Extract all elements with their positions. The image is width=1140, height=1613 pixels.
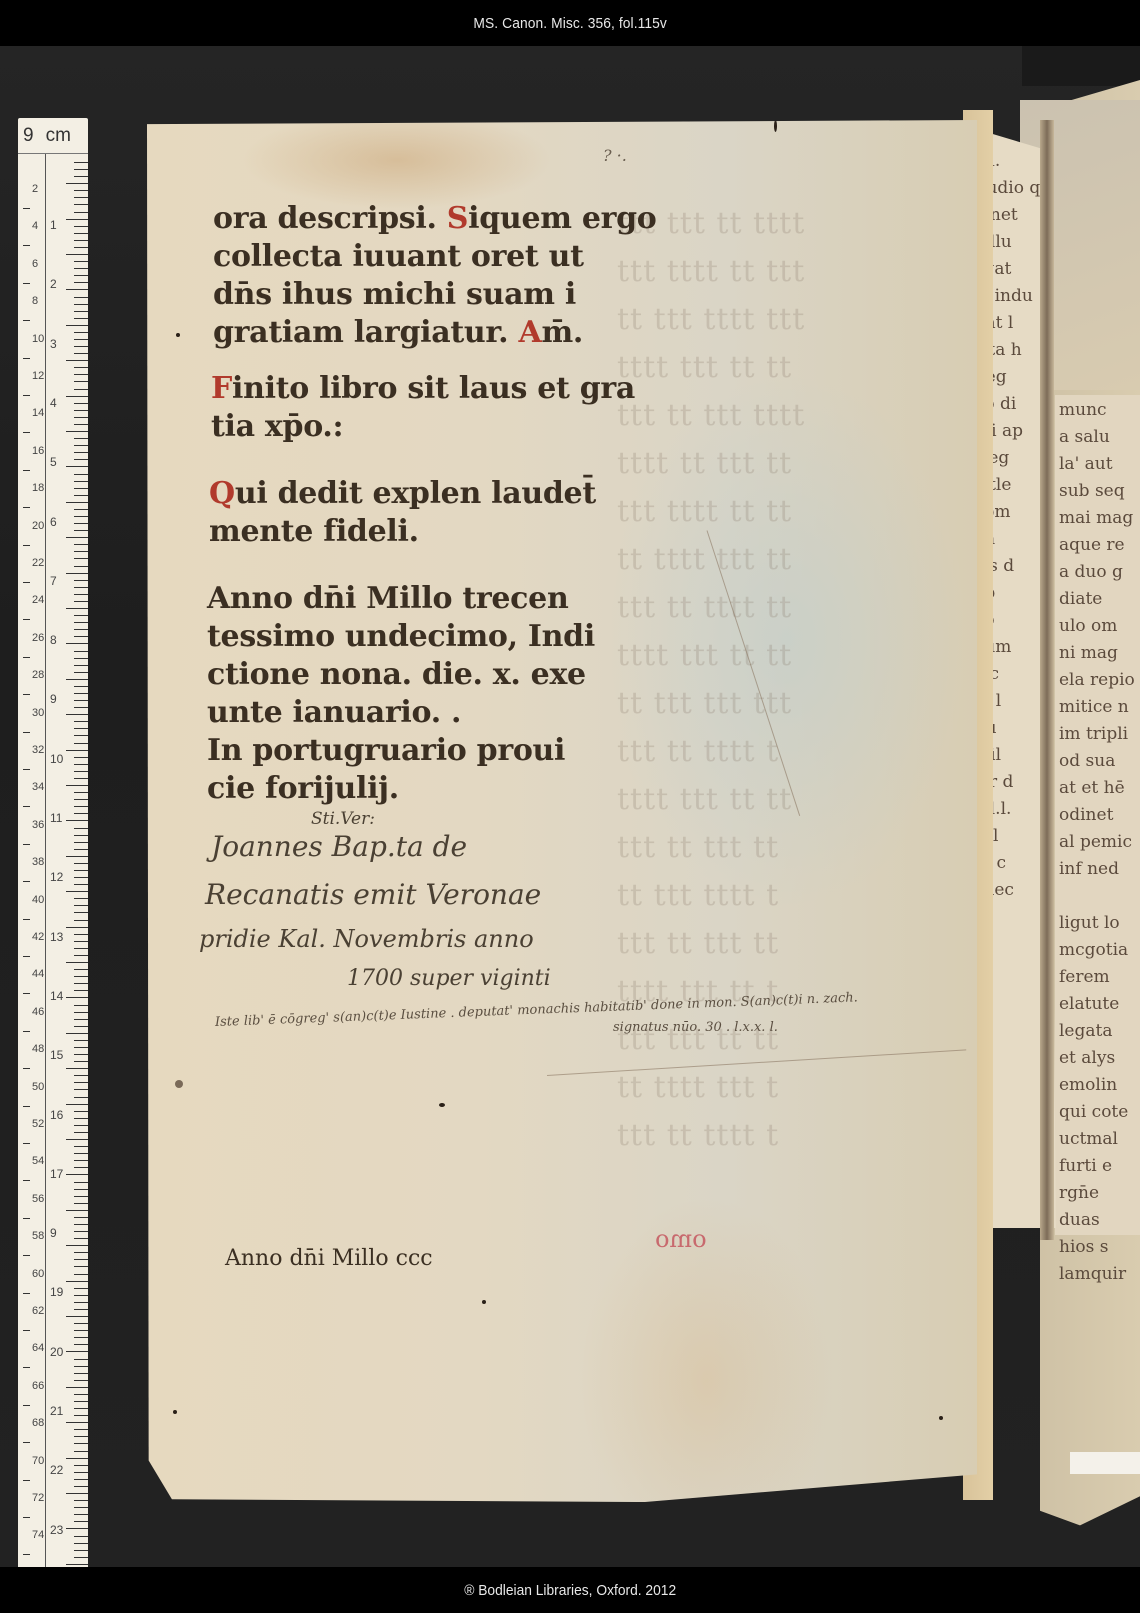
ruler-tick <box>74 594 88 595</box>
ruler-tick <box>74 1167 88 1168</box>
ruler-tick <box>74 1182 88 1183</box>
ruler-scale-label: 12 <box>32 370 44 382</box>
ruler-scale-label: 40 <box>32 894 44 906</box>
ruler-tick <box>66 1351 88 1352</box>
ruler-tick <box>74 1054 88 1055</box>
ruler-unit-label: cm <box>46 125 71 147</box>
ruler-tick <box>66 1316 88 1317</box>
ruler-tick <box>74 1274 88 1275</box>
ruler-cm-label: 5 <box>50 455 57 469</box>
ruler-tick <box>74 1514 88 1515</box>
ruler-scale-label: 34 <box>32 781 44 793</box>
ruler-tick <box>66 1528 88 1529</box>
ruler-scale-label: 14 <box>32 407 44 419</box>
ruler-tick <box>23 432 30 433</box>
ruler-tick <box>74 297 88 298</box>
ruler-tick <box>74 1238 88 1239</box>
ruler-cm-label: 4 <box>50 396 57 410</box>
ruler-tick <box>74 693 88 694</box>
ruler-tick <box>74 459 88 460</box>
ruler-tick <box>66 219 88 220</box>
ruler-cm-label: 9 <box>50 692 57 706</box>
ruler-tick <box>74 1196 88 1197</box>
text-line: Finito libro sit laus et gra <box>211 370 635 408</box>
ruler-tick <box>74 1309 88 1310</box>
ruler-tick <box>74 1401 88 1402</box>
ruler-tick <box>66 1281 88 1282</box>
ruler-number: 9 <box>23 125 34 147</box>
ruler-cm-label: 12 <box>50 870 63 884</box>
ruler-tick <box>74 884 88 885</box>
ruler-tick <box>23 1330 30 1331</box>
ink-speck <box>774 120 777 132</box>
manuscript-folio: ttt ttt tt tttt ttt tttt tt ttt tt ttt t… <box>147 120 977 1502</box>
ruler-tick <box>74 813 88 814</box>
ruler-tick <box>74 1373 88 1374</box>
ruler-tick <box>23 395 30 396</box>
ruler-tick <box>74 523 88 524</box>
ruler-tick <box>74 806 88 807</box>
ruler-tick <box>23 1180 30 1181</box>
ruler-tick <box>66 714 88 715</box>
ruler-tick <box>74 544 88 545</box>
ruler-scale-label: 32 <box>32 744 44 756</box>
ruler-tick <box>23 582 30 583</box>
ruler-tick <box>74 651 88 652</box>
ruler-tick <box>23 1218 30 1219</box>
ruler-cm-label: 22 <box>50 1463 63 1477</box>
ruler-tick <box>66 396 88 397</box>
ruler-tick <box>74 863 88 864</box>
ruler-tick <box>74 1500 88 1501</box>
ruler-cm-label: 14 <box>50 989 63 1003</box>
ruler-tick <box>74 169 88 170</box>
ruler-tick <box>74 566 88 567</box>
finito-block: Finito libro sit laus et gra tia xp̄o.: <box>211 370 635 446</box>
ruler-tick <box>74 1203 88 1204</box>
ruler-scale-label: 20 <box>32 520 44 532</box>
ruler-scale-label: 36 <box>32 819 44 831</box>
text-line: tessimo undecimo, Indi <box>207 618 595 656</box>
ruler-tick <box>74 495 88 496</box>
ruler-tick <box>74 1132 88 1133</box>
ruler-scale-label: 52 <box>32 1118 44 1130</box>
copyright-text: ® Bodleian Libraries, Oxford. 2012 <box>464 1582 676 1599</box>
ruler-tick <box>23 844 30 845</box>
ruler-cm-label: 10 <box>50 752 63 766</box>
ruler-cm-label: 19 <box>50 1285 63 1299</box>
ruler-tick <box>23 283 30 284</box>
ruler-tick <box>74 424 88 425</box>
ruler-tick <box>74 835 88 836</box>
ruler-tick <box>74 1415 88 1416</box>
ruler-tick <box>74 197 88 198</box>
ruler-tick <box>74 764 88 765</box>
ownership-line: Joannes Bap.ta de <box>211 828 467 866</box>
text-line: tia xp̄o.: <box>211 408 635 446</box>
ruler-scale-label: 58 <box>32 1230 44 1242</box>
ruler-tick <box>74 1429 88 1430</box>
ruler-tick <box>74 332 88 333</box>
white-flyleaf-edge <box>1070 1452 1140 1474</box>
ruler-tick <box>23 1480 30 1481</box>
ruler-tick <box>66 750 88 751</box>
ruler-tick <box>74 551 88 552</box>
ruler-tick <box>74 877 88 878</box>
ruler-tick <box>74 417 88 418</box>
ownership-line: pridie Kal. Novembris anno <box>199 920 534 958</box>
ownership-line: 1700 super viginti <box>347 960 551 998</box>
manuscript-title: MS. Canon. Misc. 356, fol.115v <box>473 15 667 32</box>
ruler-tick <box>74 1224 88 1225</box>
ruler-scale-label: 6 <box>32 258 38 270</box>
ruler-tick <box>74 920 88 921</box>
ruler-tick <box>66 643 88 644</box>
ruler-tick <box>66 325 88 326</box>
ruler-tick <box>74 686 88 687</box>
ink-speck <box>939 1416 943 1420</box>
ruler-cm-label: 20 <box>50 1345 63 1359</box>
stub-text-right: munc a salu la' aut sub seq mai mag aque… <box>1059 397 1135 1288</box>
text-line: collecta iuuant oret ut <box>213 238 657 276</box>
measurement-ruler: 9 cm 12345678910111213141516179192021222… <box>18 118 88 1568</box>
ruler-tick <box>74 1359 88 1360</box>
folio-number-mark: ? ·. <box>603 146 627 165</box>
ruler-tick <box>74 1302 88 1303</box>
ruler-tick <box>66 1174 88 1175</box>
ruler-tick <box>74 969 88 970</box>
ruler-tick <box>74 849 88 850</box>
ruler-tick <box>74 516 88 517</box>
ruler-scale-label: 74 <box>32 1529 44 1541</box>
ruler-tick <box>74 176 88 177</box>
ruler-cm-label: 2 <box>50 277 57 291</box>
ruler-tick <box>74 615 88 616</box>
ruler-scale-label: 2 <box>32 183 38 195</box>
ruler-tick <box>23 619 30 620</box>
ink-speck <box>176 333 180 337</box>
ruler-tick <box>23 507 30 508</box>
ruler-cm-label: 9 <box>50 1226 57 1240</box>
ruler-tick <box>74 1344 88 1345</box>
text-line: mente fideli. <box>209 513 596 551</box>
ruler-tick <box>74 1295 88 1296</box>
ruler-tick <box>74 367 88 368</box>
ruler-tick <box>66 183 88 184</box>
ruler-tick <box>66 962 88 963</box>
ruler-tick <box>74 1557 88 1558</box>
ruler-tick <box>74 233 88 234</box>
ruler-tick <box>74 374 88 375</box>
ruler-tick <box>66 1387 88 1388</box>
ruler-tick <box>74 212 88 213</box>
ruler-tick <box>66 1068 88 1069</box>
ruler-tick <box>74 728 88 729</box>
ruler-tick <box>66 997 88 998</box>
ruler-tick <box>66 1564 88 1565</box>
ruler-scale-label: 18 <box>32 482 44 494</box>
ruler-tick <box>74 580 88 581</box>
ruler-tick <box>74 1189 88 1190</box>
ruler-tick <box>74 410 88 411</box>
ruler-tick <box>23 1367 30 1368</box>
ruler-scale-label: 64 <box>32 1342 44 1354</box>
colophon-block: ora descripsi. Siquem ergo collecta iuua… <box>213 200 657 352</box>
ruler-tick <box>23 545 30 546</box>
ruler-tick <box>74 622 88 623</box>
ruler-tick <box>66 891 88 892</box>
ruler-tick <box>74 1543 88 1544</box>
ruler-tick <box>66 254 88 255</box>
text-line: cie forijulij. <box>207 770 595 808</box>
ruler-scale-label: 60 <box>32 1268 44 1280</box>
ruler-tick <box>74 339 88 340</box>
ruler-tick <box>74 721 88 722</box>
ruler-tick <box>74 318 88 319</box>
ruler-tick <box>23 1068 30 1069</box>
text-line: In portugruario proui <box>207 732 595 770</box>
ruler-tick <box>74 1550 88 1551</box>
ruler-tick <box>23 1405 30 1406</box>
ruler-tick <box>74 1040 88 1041</box>
ruler-tick <box>74 1160 88 1161</box>
ruler-tick <box>74 304 88 305</box>
ruler-cm-label: 23 <box>50 1523 63 1537</box>
ruler-scale-label: 72 <box>32 1492 44 1504</box>
ruler-tick <box>74 1451 88 1452</box>
ruler-tick <box>74 636 88 637</box>
ruler-tick <box>74 757 88 758</box>
ruler-tick <box>23 694 30 695</box>
ruler-tick <box>74 934 88 935</box>
ruler-tick <box>74 204 88 205</box>
ruler-cm-label: 16 <box>50 1108 63 1122</box>
ruler-tick <box>74 1380 88 1381</box>
ruler-tick <box>66 289 88 290</box>
red-offset-text: omo <box>655 1225 707 1253</box>
ruler-tick <box>74 268 88 269</box>
ruler-tick <box>74 1465 88 1466</box>
text-line: Qui dedit explen laudet̄ <box>209 475 596 513</box>
ruler-tick <box>66 537 88 538</box>
ruler-tick <box>74 530 88 531</box>
ruler-tick <box>23 657 30 658</box>
ruler-tick <box>74 665 88 666</box>
ruler-tick <box>74 389 88 390</box>
ruler-tick <box>23 993 30 994</box>
ruler-tick <box>66 466 88 467</box>
ruler-tick <box>74 1082 88 1083</box>
ruler-tick <box>23 1255 30 1256</box>
ruler-tick <box>74 190 88 191</box>
ruler-tick <box>74 1118 88 1119</box>
ruler-tick <box>74 941 88 942</box>
ruler-tick <box>23 358 30 359</box>
ruler-tick <box>66 785 88 786</box>
ruler-tick <box>74 587 88 588</box>
ruler-scale-label: 38 <box>32 856 44 868</box>
ruler-scale-label: 28 <box>32 669 44 681</box>
ruler-tick <box>74 1075 88 1076</box>
ruler-cm-label: 1 <box>50 218 57 232</box>
stain-speck <box>175 1080 183 1088</box>
ruler-tick <box>23 1442 30 1443</box>
ruler-tick <box>74 1323 88 1324</box>
ruler-scale-label: 62 <box>32 1305 44 1317</box>
ruler-tick <box>74 452 88 453</box>
ruler-scale-label: 24 <box>32 594 44 606</box>
text-line: Anno dn̄i Millo trecen <box>207 580 595 618</box>
ruler-tick <box>66 1139 88 1140</box>
ruler-tick <box>66 1210 88 1211</box>
ruler-tick <box>74 658 88 659</box>
ruler-scale-label: 4 <box>32 220 38 232</box>
ruler-tick <box>23 245 30 246</box>
ruler-tick <box>74 990 88 991</box>
ruler-tick <box>23 470 30 471</box>
ruler-tick <box>66 431 88 432</box>
ruler-cm-label: 15 <box>50 1048 63 1062</box>
ruler-tick <box>74 898 88 899</box>
ruler-tick <box>74 1486 88 1487</box>
ruler-scale-label: 44 <box>32 968 44 980</box>
ruler-tick <box>74 403 88 404</box>
ruler-scale-label: 66 <box>32 1380 44 1392</box>
ruler-tick <box>66 608 88 609</box>
ruler-tick <box>74 948 88 949</box>
ruler-tick <box>74 226 88 227</box>
ruler-tick <box>74 1472 88 1473</box>
ink-speck <box>439 1103 445 1107</box>
ruler-scale-label: 54 <box>32 1155 44 1167</box>
ruler-scale-label: 26 <box>32 632 44 644</box>
ruler-scale-label: 8 <box>32 295 38 307</box>
ruler-scale-label: 46 <box>32 1006 44 1018</box>
ruler-tick <box>74 1125 88 1126</box>
ruler-tick <box>74 282 88 283</box>
ruler-tick <box>74 247 88 248</box>
ruler-tick <box>66 1493 88 1494</box>
ink-speck <box>173 1410 177 1414</box>
ruler-tick <box>74 828 88 829</box>
ruler-scale-label: 22 <box>32 557 44 569</box>
shelfmark-note: signatus nūo. 30 . l.x.x. l. <box>613 1020 778 1035</box>
ruler-scale-label: 30 <box>32 707 44 719</box>
ruler-tick <box>23 1293 30 1294</box>
ruler-tick <box>74 842 88 843</box>
binding-strip-right: munc a salu la' aut sub seq mai mag aque… <box>1055 395 1140 1235</box>
ruler-tick <box>74 707 88 708</box>
ruler-tick <box>66 927 88 928</box>
ruler-cm-label: 7 <box>50 574 57 588</box>
gutter-crease <box>1040 120 1054 1240</box>
ruler-tick <box>74 346 88 347</box>
ruler-tick <box>23 769 30 770</box>
ruler-tick <box>23 919 30 920</box>
ruler-cm-label: 21 <box>50 1404 63 1418</box>
ruler-tick <box>66 1458 88 1459</box>
ruler-tick <box>74 1266 88 1267</box>
ruler-tick <box>74 955 88 956</box>
ruler-tick <box>74 629 88 630</box>
ruler-tick <box>23 1517 30 1518</box>
ruler-tick <box>74 1231 88 1232</box>
ruler-header: 9 cm <box>18 118 88 154</box>
ruler-tick <box>74 976 88 977</box>
ruler-tick <box>74 1047 88 1048</box>
ruler-cm-label: 13 <box>50 930 63 944</box>
ruler-tick <box>66 1245 88 1246</box>
ruler-tick <box>66 679 88 680</box>
ruler-tick <box>74 1536 88 1537</box>
ruler-tick <box>74 381 88 382</box>
ruler-scale-label: 10 <box>32 333 44 345</box>
ruler-tick <box>74 601 88 602</box>
ruler-tick <box>74 240 88 241</box>
ruler-tick <box>74 1521 88 1522</box>
text-line: unte ianuario. . <box>207 694 595 732</box>
stage-shadow <box>1022 46 1140 86</box>
ruler-tick <box>74 912 88 913</box>
ruler-tick <box>74 474 88 475</box>
ruler-tick <box>66 1104 88 1105</box>
ruler-tick <box>74 1394 88 1395</box>
ruler-tick <box>66 573 88 574</box>
ruler-tick <box>74 1507 88 1508</box>
ruler-scale-label: 70 <box>32 1455 44 1467</box>
ruler-tick <box>74 771 88 772</box>
ruler-tick <box>23 881 30 882</box>
ruler-tick <box>74 700 88 701</box>
ruler-tick <box>74 1146 88 1147</box>
ruler-tick <box>74 792 88 793</box>
ruler-tick <box>23 320 30 321</box>
ruler-tick <box>23 1554 30 1555</box>
ruler-tick <box>74 509 88 510</box>
ruler-cm-label: 11 <box>50 811 62 825</box>
ruler-tick <box>74 743 88 744</box>
ruler-tick <box>74 1330 88 1331</box>
ruler-tick <box>74 261 88 262</box>
ruler-tick <box>74 438 88 439</box>
text-line: ora descripsi. Siquem ergo <box>213 200 657 238</box>
ruler-tick <box>74 1005 88 1006</box>
ruler-tick <box>74 1012 88 1013</box>
ruler-tick <box>74 1443 88 1444</box>
ruler-tick <box>74 905 88 906</box>
ruler-cm-label: 8 <box>50 633 57 647</box>
ruler-tick <box>74 870 88 871</box>
ruler-tick <box>74 1252 88 1253</box>
footer-bar: ® Bodleian Libraries, Oxford. 2012 <box>0 1567 1140 1613</box>
ruler-tick <box>74 275 88 276</box>
ruler-tick <box>74 799 88 800</box>
ruler-tick <box>23 806 30 807</box>
ruler-tick <box>74 1111 88 1112</box>
ruler-tick <box>74 1288 88 1289</box>
ruler-tick <box>74 353 88 354</box>
ruler-tick <box>23 1031 30 1032</box>
ruler-tick <box>74 1061 88 1062</box>
ruler-tick <box>74 481 88 482</box>
ruler-tick <box>66 856 88 857</box>
date-block: Anno dn̄i Millo trecen tessimo undecimo,… <box>207 580 595 808</box>
ruler-tick <box>74 1217 88 1218</box>
ruler-scale-label: 68 <box>32 1417 44 1429</box>
ruler-tick <box>74 1089 88 1090</box>
ruler-tick <box>66 1422 88 1423</box>
ruler-tick <box>23 1143 30 1144</box>
